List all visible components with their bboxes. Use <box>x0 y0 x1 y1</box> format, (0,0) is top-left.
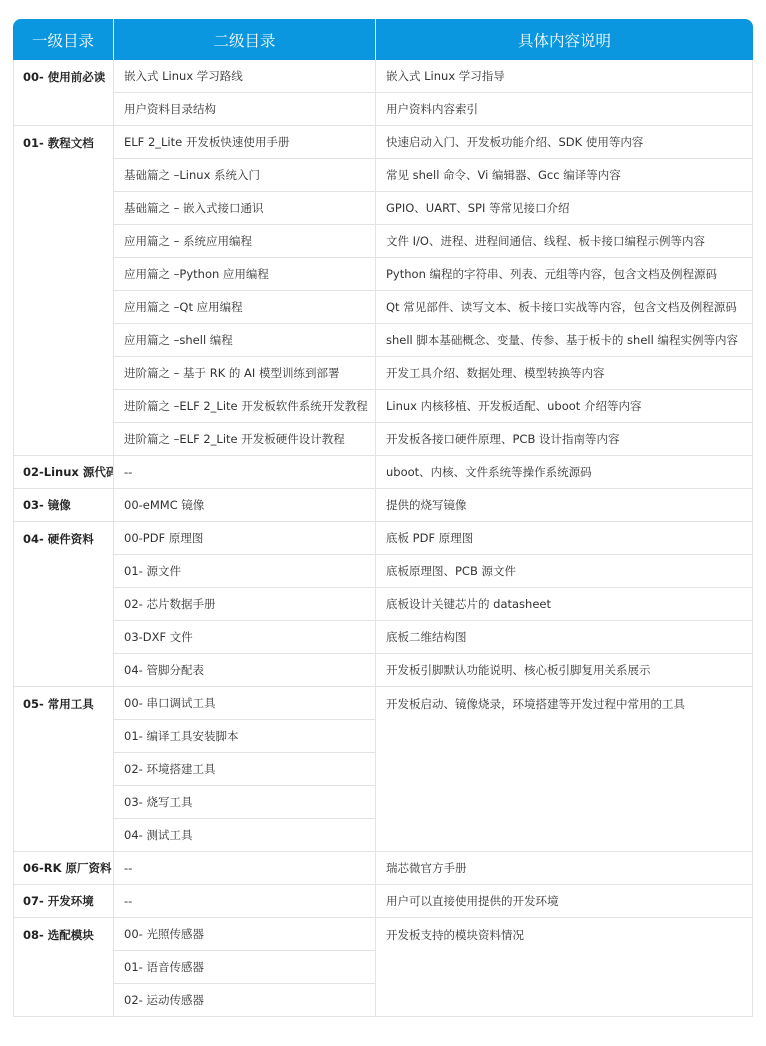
level2-cell: 02- 芯片数据手册 <box>114 588 376 621</box>
level2-cell: 用户资料目录结构 <box>114 93 376 126</box>
table-row: 01- 源文件 底板原理图、PCB 源文件 <box>13 555 753 588</box>
level1-cell: 04- 硬件资料 <box>13 522 114 687</box>
level2-cell: 应用篇之 –Qt 应用编程 <box>114 291 376 324</box>
description-cell: 开发板启动、镜像烧录，环境搭建等开发过程中常用的工具 <box>376 687 753 852</box>
description-cell: 常见 shell 命令、Vi 编辑器、Gcc 编译等内容 <box>376 159 753 192</box>
description-cell: Python 编程的字符串、列表、元组等内容，包含文档及例程源码 <box>376 258 753 291</box>
table-row: 04- 管脚分配表 开发板引脚默认功能说明、核心板引脚复用关系展示 <box>13 654 753 687</box>
level2-cell: -- <box>114 456 376 489</box>
level2-cell: 04- 测试工具 <box>114 819 376 852</box>
level2-cell: 嵌入式 Linux 学习路线 <box>114 60 376 93</box>
directory-table: 一级目录 二级目录 具体内容说明 00- 使用前必读 嵌入式 Linux 学习路… <box>13 19 753 1017</box>
level1-cell: 06-RK 原厂资料 <box>13 852 114 885</box>
level2-cell: 进阶篇之 – 基于 RK 的 AI 模型训练到部署 <box>114 357 376 390</box>
level2-cell: 应用篇之 –shell 编程 <box>114 324 376 357</box>
description-cell: 底板设计关键芯片的 datasheet <box>376 588 753 621</box>
description-cell: shell 脚本基础概念、变量、传参、基于板卡的 shell 编程实例等内容 <box>376 324 753 357</box>
level2-cell: 03- 烧写工具 <box>114 786 376 819</box>
description-cell: Linux 内核移植、开发板适配、uboot 介绍等内容 <box>376 390 753 423</box>
description-cell: 底板二维结构图 <box>376 621 753 654</box>
level2-cell: 应用篇之 –Python 应用编程 <box>114 258 376 291</box>
description-cell: 开发板各接口硬件原理、PCB 设计指南等内容 <box>376 423 753 456</box>
level2-cell: 02- 运动传感器 <box>114 984 376 1017</box>
header-description: 具体内容说明 <box>376 19 753 60</box>
description-cell: 快速启动入门、开发板功能介绍、SDK 使用等内容 <box>376 126 753 159</box>
table-row: 05- 常用工具 00- 串口调试工具 开发板启动、镜像烧录，环境搭建等开发过程… <box>13 687 753 720</box>
level1-cell: 03- 镜像 <box>13 489 114 522</box>
description-cell: 提供的烧写镜像 <box>376 489 753 522</box>
table-row: 06-RK 原厂资料 -- 瑞芯微官方手册 <box>13 852 753 885</box>
level1-cell: 07- 开发环境 <box>13 885 114 918</box>
description-cell: 用户资料内容索引 <box>376 93 753 126</box>
level2-cell: 00- 串口调试工具 <box>114 687 376 720</box>
level2-cell: 进阶篇之 –ELF 2_Lite 开发板硬件设计教程 <box>114 423 376 456</box>
description-cell: 开发板支持的模块资料情况 <box>376 918 753 1017</box>
level1-cell: 00- 使用前必读 <box>13 60 114 126</box>
directory-table-container: 一级目录 二级目录 具体内容说明 00- 使用前必读 嵌入式 Linux 学习路… <box>13 19 753 1017</box>
table-row: 02-Linux 源代码 -- uboot、内核、文件系统等操作系统源码 <box>13 456 753 489</box>
header-level1: 一级目录 <box>13 19 114 60</box>
description-cell: 开发工具介绍、数据处理、模型转换等内容 <box>376 357 753 390</box>
level1-cell: 01- 教程文档 <box>13 126 114 456</box>
description-cell: GPIO、UART、SPI 等常见接口介绍 <box>376 192 753 225</box>
table-row: 用户资料目录结构 用户资料内容索引 <box>13 93 753 126</box>
description-cell: 开发板引脚默认功能说明、核心板引脚复用关系展示 <box>376 654 753 687</box>
table-row: 03- 镜像 00-eMMC 镜像 提供的烧写镜像 <box>13 489 753 522</box>
header-level2: 二级目录 <box>114 19 376 60</box>
table-row: 基础篇之 –Linux 系统入门 常见 shell 命令、Vi 编辑器、Gcc … <box>13 159 753 192</box>
table-row: 应用篇之 –Python 应用编程 Python 编程的字符串、列表、元组等内容… <box>13 258 753 291</box>
table-row: 07- 开发环境 -- 用户可以直接使用提供的开发环境 <box>13 885 753 918</box>
level2-cell: 进阶篇之 –ELF 2_Lite 开发板软件系统开发教程 <box>114 390 376 423</box>
level2-cell: 00-PDF 原理图 <box>114 522 376 555</box>
level2-cell: 应用篇之 – 系统应用编程 <box>114 225 376 258</box>
description-cell: 文件 I/O、进程、进程间通信、线程、板卡接口编程示例等内容 <box>376 225 753 258</box>
table-body: 00- 使用前必读 嵌入式 Linux 学习路线 嵌入式 Linux 学习指导 … <box>13 60 753 1017</box>
description-cell: uboot、内核、文件系统等操作系统源码 <box>376 456 753 489</box>
table-row: 应用篇之 – 系统应用编程 文件 I/O、进程、进程间通信、线程、板卡接口编程示… <box>13 225 753 258</box>
table-row: 应用篇之 –shell 编程 shell 脚本基础概念、变量、传参、基于板卡的 … <box>13 324 753 357</box>
level2-cell: ELF 2_Lite 开发板快速使用手册 <box>114 126 376 159</box>
level2-cell: -- <box>114 852 376 885</box>
description-cell: Qt 常见部件、读写文本、板卡接口实战等内容，包含文档及例程源码 <box>376 291 753 324</box>
level2-cell: 03-DXF 文件 <box>114 621 376 654</box>
level2-cell: -- <box>114 885 376 918</box>
table-row: 进阶篇之 –ELF 2_Lite 开发板软件系统开发教程 Linux 内核移植、… <box>13 390 753 423</box>
table-row: 应用篇之 –Qt 应用编程 Qt 常见部件、读写文本、板卡接口实战等内容，包含文… <box>13 291 753 324</box>
description-cell: 底板原理图、PCB 源文件 <box>376 555 753 588</box>
level2-cell: 01- 编译工具安装脚本 <box>114 720 376 753</box>
table-header-row: 一级目录 二级目录 具体内容说明 <box>13 19 753 60</box>
table-row: 基础篇之 – 嵌入式接口通识 GPIO、UART、SPI 等常见接口介绍 <box>13 192 753 225</box>
level1-cell: 05- 常用工具 <box>13 687 114 852</box>
level2-cell: 01- 语音传感器 <box>114 951 376 984</box>
level2-cell: 02- 环境搭建工具 <box>114 753 376 786</box>
level2-cell: 00-eMMC 镜像 <box>114 489 376 522</box>
level1-cell: 02-Linux 源代码 <box>13 456 114 489</box>
level2-cell: 00- 光照传感器 <box>114 918 376 951</box>
table-row: 01- 教程文档 ELF 2_Lite 开发板快速使用手册 快速启动入门、开发板… <box>13 126 753 159</box>
level2-cell: 基础篇之 – 嵌入式接口通识 <box>114 192 376 225</box>
table-row: 00- 使用前必读 嵌入式 Linux 学习路线 嵌入式 Linux 学习指导 <box>13 60 753 93</box>
description-cell: 瑞芯微官方手册 <box>376 852 753 885</box>
table-row: 进阶篇之 – 基于 RK 的 AI 模型训练到部署 开发工具介绍、数据处理、模型… <box>13 357 753 390</box>
table-row: 进阶篇之 –ELF 2_Lite 开发板硬件设计教程 开发板各接口硬件原理、PC… <box>13 423 753 456</box>
description-cell: 用户可以直接使用提供的开发环境 <box>376 885 753 918</box>
table-row: 03-DXF 文件 底板二维结构图 <box>13 621 753 654</box>
level2-cell: 04- 管脚分配表 <box>114 654 376 687</box>
description-cell: 底板 PDF 原理图 <box>376 522 753 555</box>
level2-cell: 基础篇之 –Linux 系统入门 <box>114 159 376 192</box>
description-cell: 嵌入式 Linux 学习指导 <box>376 60 753 93</box>
level1-cell: 08- 选配模块 <box>13 918 114 1017</box>
table-row: 04- 硬件资料 00-PDF 原理图 底板 PDF 原理图 <box>13 522 753 555</box>
table-row: 02- 芯片数据手册 底板设计关键芯片的 datasheet <box>13 588 753 621</box>
table-row: 08- 选配模块 00- 光照传感器 开发板支持的模块资料情况 <box>13 918 753 951</box>
level2-cell: 01- 源文件 <box>114 555 376 588</box>
